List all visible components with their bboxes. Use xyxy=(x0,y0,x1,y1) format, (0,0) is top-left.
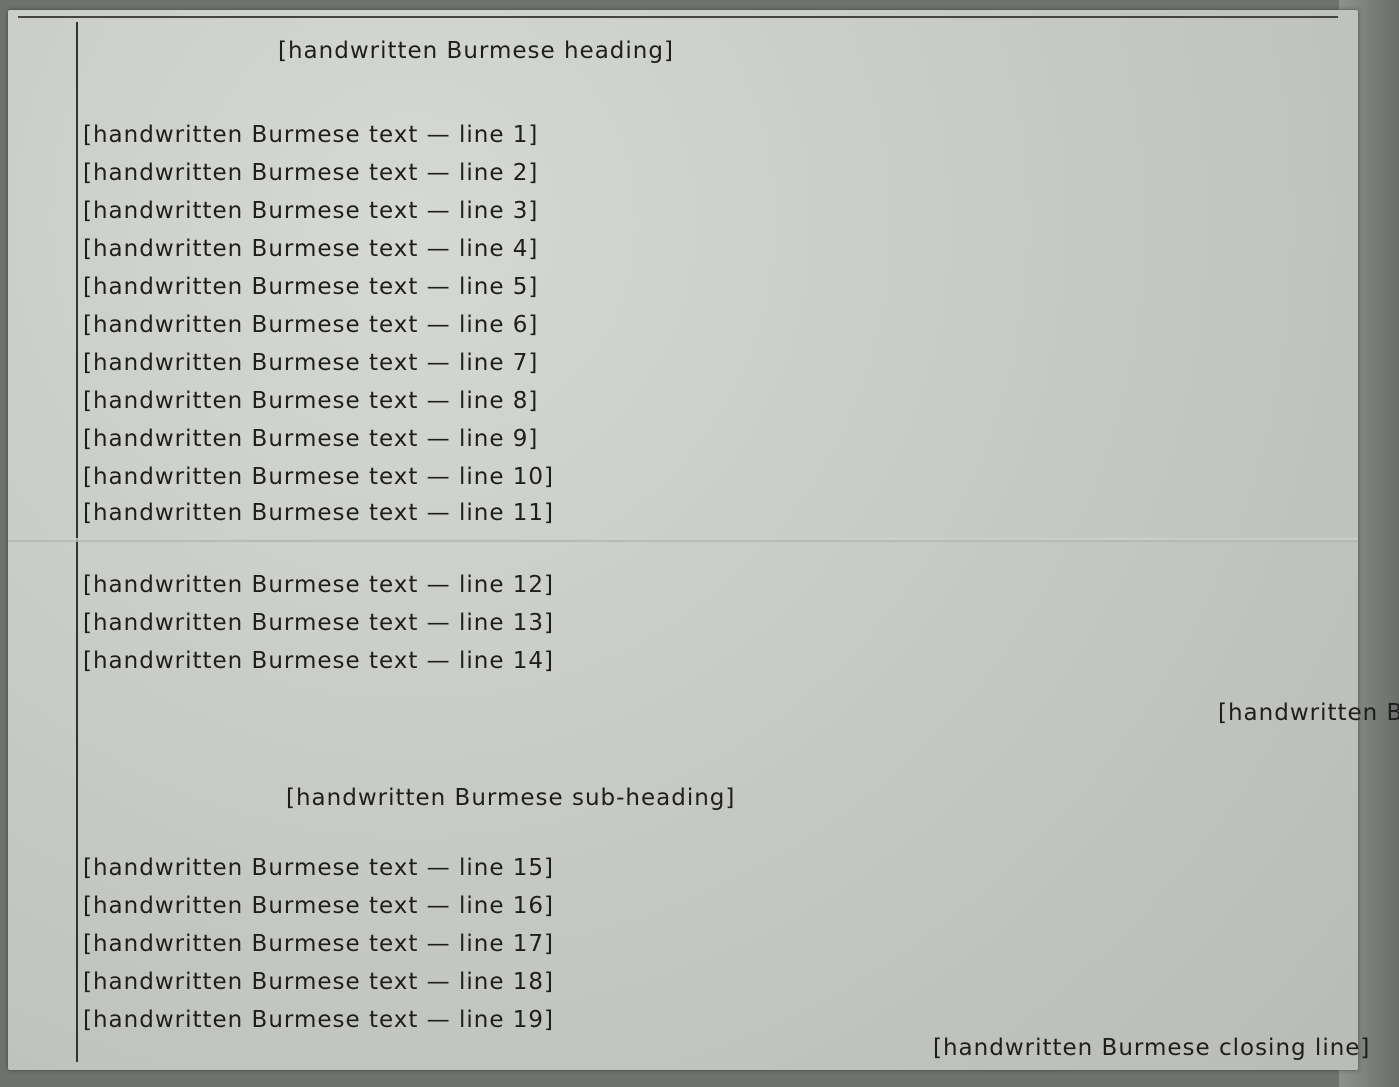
manuscript-page: [handwritten Burmese heading] [handwritt… xyxy=(8,10,1358,1070)
text-line: [handwritten Burmese text — line 17] xyxy=(83,931,1368,957)
document-title: [handwritten Burmese heading] xyxy=(278,38,674,64)
text-line: [handwritten Burmese text — line 16] xyxy=(83,893,1368,919)
top-ruled-line xyxy=(18,16,1338,18)
subheading: [handwritten Burmese sub-heading] xyxy=(286,785,735,811)
text-line: [handwritten Burmese text — line 9] xyxy=(83,426,1368,452)
closing-line: [handwritten Burmese closing line] xyxy=(933,1035,1370,1061)
text-line: [handwritten Burmese text — line 12] xyxy=(83,572,1368,598)
text-line: [handwritten Burmese text — line 4] xyxy=(83,236,1368,262)
text-line: [handwritten Burmese text — line 3] xyxy=(83,198,1368,224)
text-line: [handwritten Burmese text — line 15] xyxy=(83,855,1368,881)
text-line: [handwritten Burmese text — line 7] xyxy=(83,350,1368,376)
text-line: [handwritten Burmese text — line 6] xyxy=(83,312,1368,338)
text-line: [handwritten Burmese text — line 10] xyxy=(83,464,1368,490)
text-line: [handwritten Burmese text — line 8] xyxy=(83,388,1368,414)
text-line: [handwritten Burmese text — line 11] xyxy=(83,500,1368,526)
signature: [handwritten Burmese signature] xyxy=(1218,700,1399,726)
text-line: [handwritten Burmese text — line 14] xyxy=(83,648,1368,674)
text-line: [handwritten Burmese text — line 1] xyxy=(83,122,1368,148)
text-line: [handwritten Burmese text — line 19] xyxy=(83,1007,1368,1033)
left-margin-line xyxy=(76,22,78,1062)
text-line: [handwritten Burmese text — line 5] xyxy=(83,274,1368,300)
text-line: [handwritten Burmese text — line 18] xyxy=(83,969,1368,995)
text-line: [handwritten Burmese text — line 13] xyxy=(83,610,1368,636)
text-line: [handwritten Burmese text — line 2] xyxy=(83,160,1368,186)
